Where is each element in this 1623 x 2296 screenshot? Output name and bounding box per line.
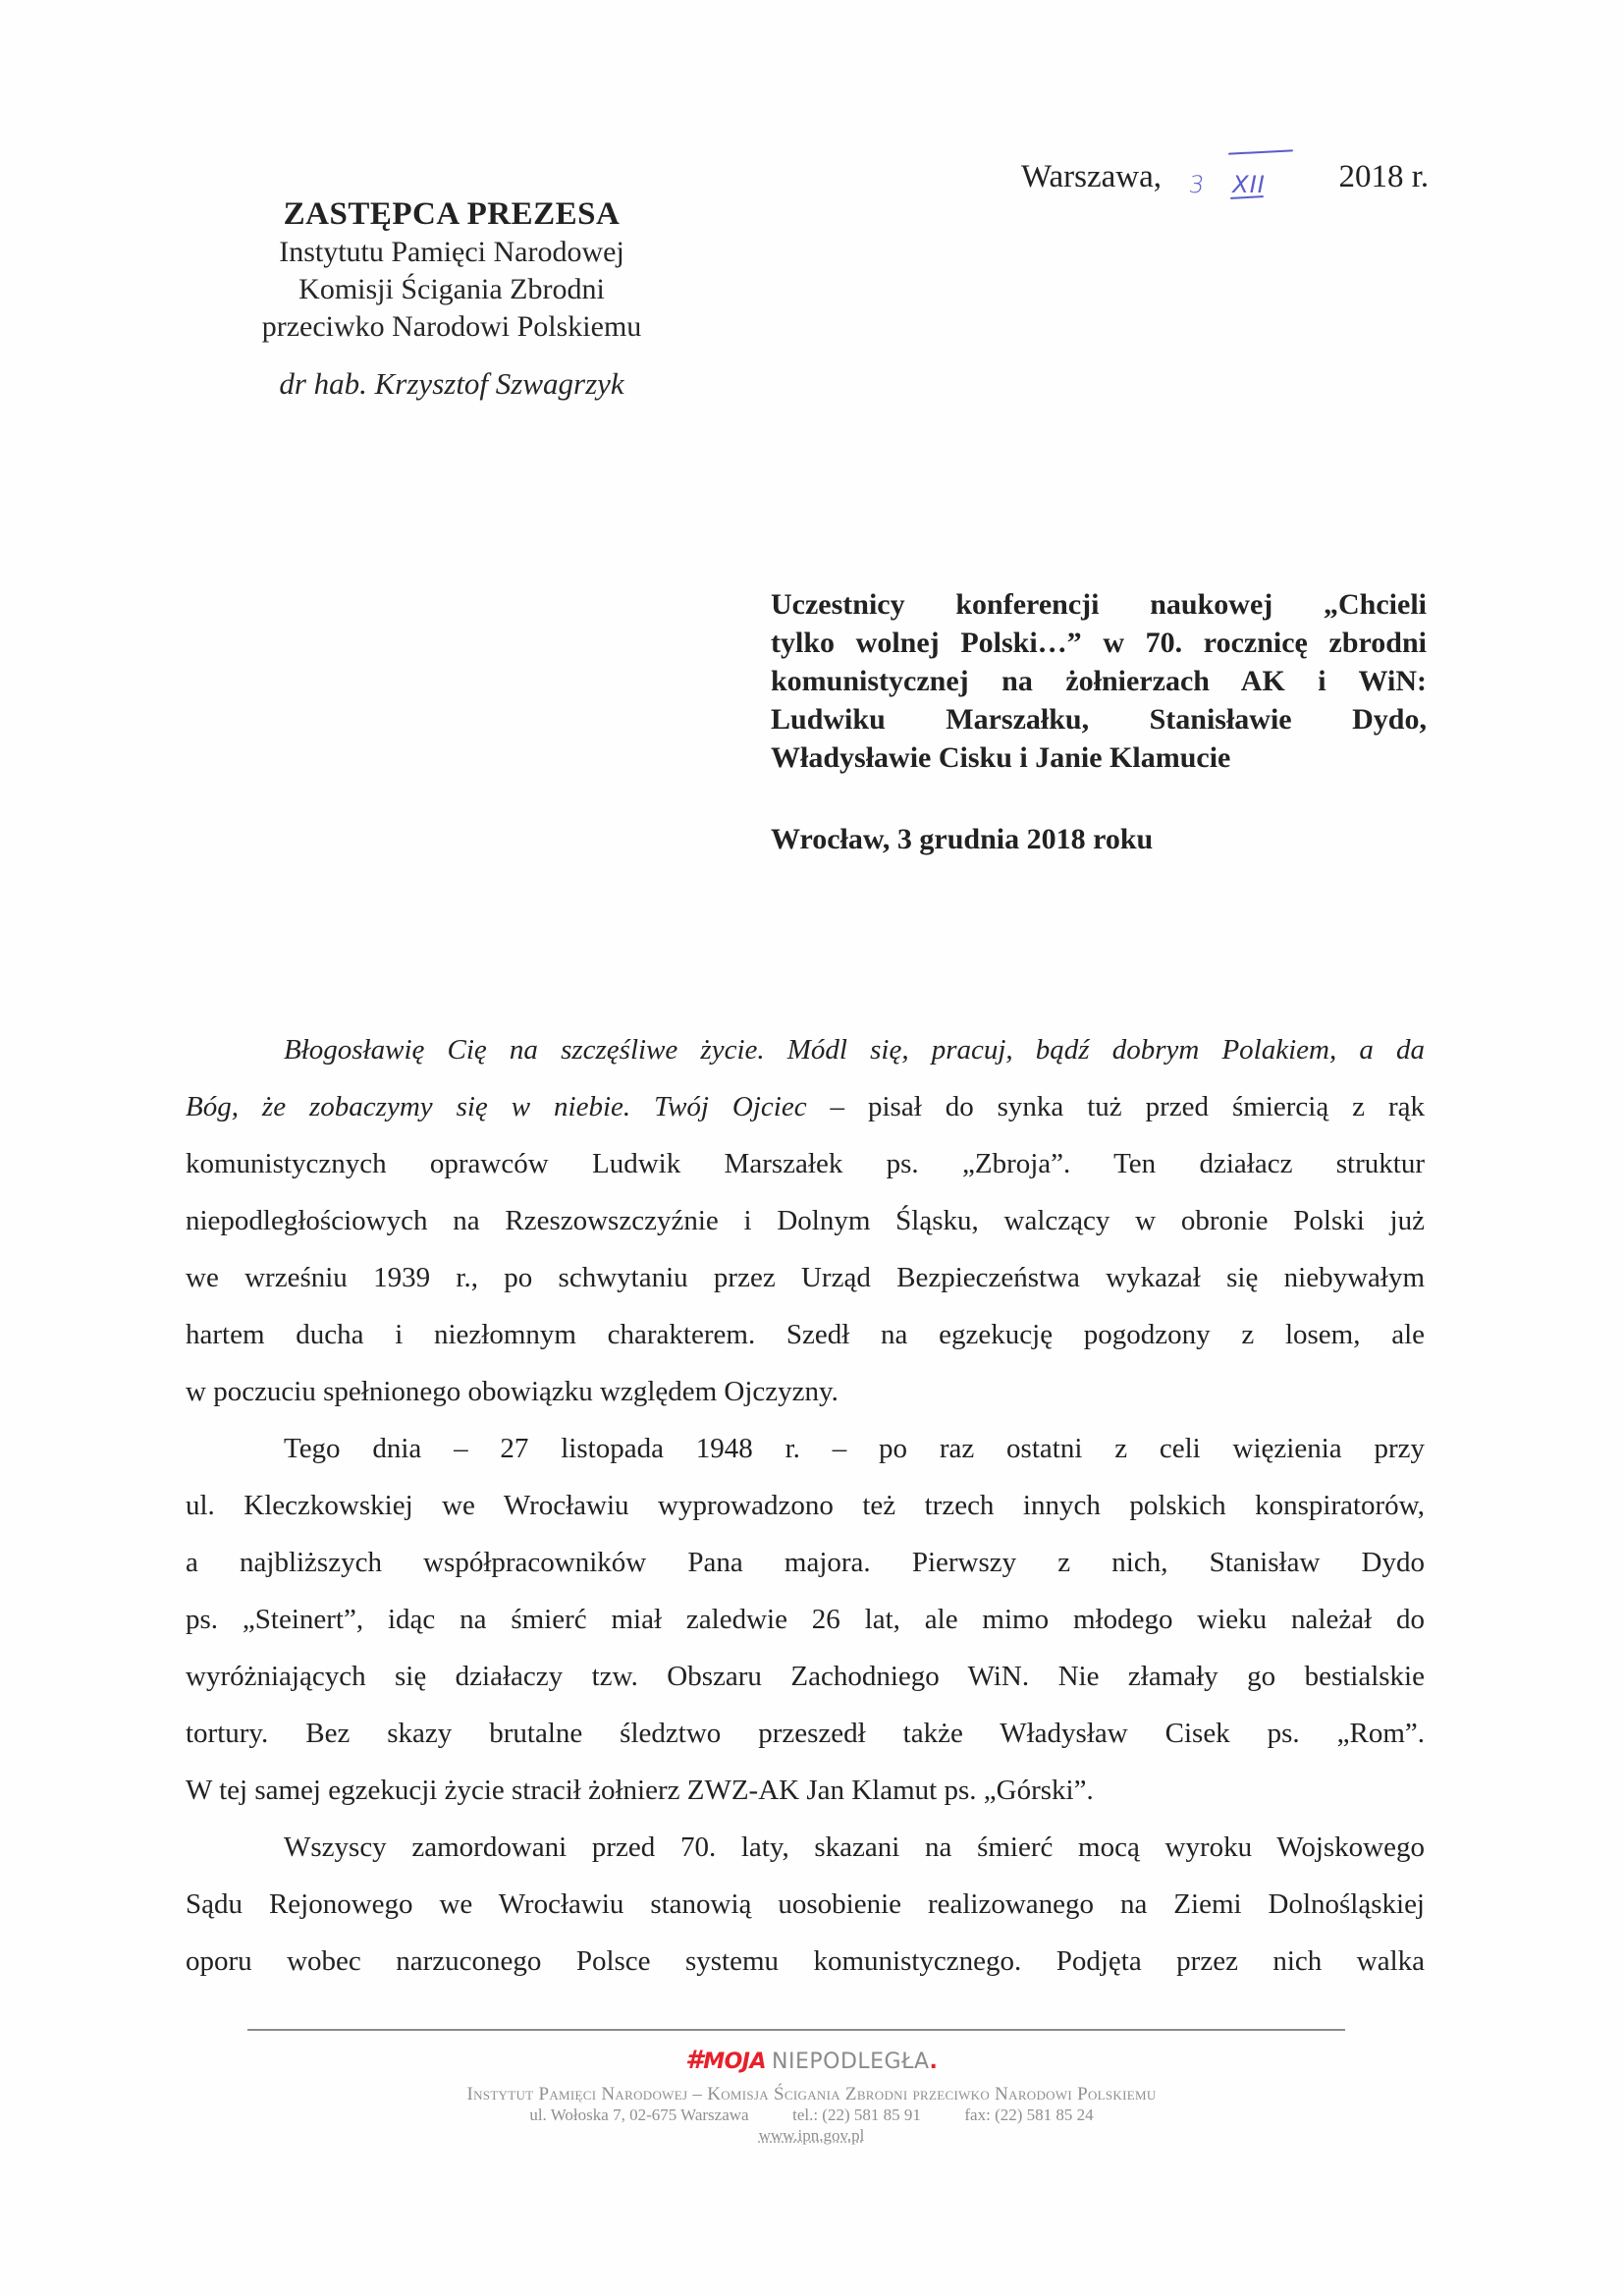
body-line: Tego dnia – 27 listopada 1948 r. – po ra… (186, 1420, 1425, 1477)
sender-line-2: Komisji Ścigania Zbrodni (196, 271, 707, 308)
recipient-line: Władysławie Cisku i Janie Klamucie (771, 738, 1427, 777)
hashtag-icon: # (685, 2046, 703, 2075)
dateline-year: 2018 r. (1339, 159, 1430, 194)
body-line: W tej samej egzekucji życie stracił żołn… (186, 1762, 1425, 1819)
sender-line-3: przeciwko Narodowi Polskiemu (196, 308, 707, 346)
body-text: a najbliższych współpracowników Pana maj… (186, 1547, 1425, 1578)
body-text: wyróżniających się działaczy tzw. Obszar… (186, 1661, 1425, 1692)
dateline-place: Warszawa, (1021, 157, 1162, 196)
recipient-line: Uczestnicy konferencji naukowej „Chcieli (771, 585, 1427, 624)
body-line: tortury. Bez skazy brutalne śledztwo prz… (186, 1705, 1425, 1762)
body-text: Wszyscy zamordowani przed 70. laty, skaz… (284, 1831, 1425, 1863)
body-line: Błogosławię Cię na szczęśliwe życie. Mód… (186, 1021, 1425, 1078)
body-line: komunistycznych oprawców Ludwik Marszałe… (186, 1135, 1425, 1192)
body-line: Bóg, że zobaczymy się w niebie. Twój Ojc… (186, 1078, 1425, 1135)
footer-fax: fax: (22) 581 85 24 (964, 2105, 1093, 2125)
letter-body: Błogosławię Cię na szczęśliwe życie. Mód… (186, 1021, 1425, 1990)
body-text: Tego dnia – 27 listopada 1948 r. – po ra… (284, 1433, 1425, 1464)
body-text: komunistycznych oprawców Ludwik Marszałe… (186, 1148, 1425, 1179)
recipient-line: komunistycznej na żołnierzach AK i WiN: (771, 662, 1427, 700)
body-line: a najbliższych współpracowników Pana maj… (186, 1534, 1425, 1591)
footer-info: Instytut Pamięci Narodowej – Komisja Ści… (0, 2084, 1623, 2146)
footer-divider (247, 2029, 1345, 2031)
body-text: hartem ducha i niezłomnym charakterem. S… (186, 1319, 1425, 1350)
body-line: wyróżniających się działaczy tzw. Obszar… (186, 1648, 1425, 1705)
sender-title: ZASTĘPCA PREZESA (196, 194, 707, 234)
footer-institution: Instytut Pamięci Narodowej – Komisja Ści… (0, 2084, 1623, 2105)
sender-block: ZASTĘPCA PREZESA Instytutu Pamięci Narod… (196, 194, 707, 403)
footer-address: ul. Wołoska 7, 02-675 Warszawa (529, 2105, 748, 2125)
body-line: hartem ducha i niezłomnym charakterem. S… (186, 1306, 1425, 1363)
sender-name: dr hab. Krzysztof Szwagrzyk (196, 365, 707, 403)
body-text: W tej samej egzekucji życie stracił żołn… (186, 1775, 1094, 1806)
body-line: ps. „Steinert”, idąc na śmierć miał zale… (186, 1591, 1425, 1648)
quoted-text: Bóg, że zobaczymy się w niebie. Twój Ojc… (186, 1091, 807, 1122)
body-text: oporu wobec narzuconego Polsce systemu k… (186, 1945, 1425, 1977)
footer-slogan-logo: #MOJA NIEPODLEGŁA. (0, 2047, 1623, 2076)
body-line: we wrześniu 1939 r., po schwytaniu przez… (186, 1249, 1425, 1306)
sender-line-1: Instytutu Pamięci Narodowej (196, 234, 707, 271)
body-line: oporu wobec narzuconego Polsce systemu k… (186, 1933, 1425, 1990)
handwritten-stroke-top (1228, 149, 1293, 154)
quoted-text: Błogosławię Cię na szczęśliwe życie. Mód… (284, 1034, 1425, 1066)
handwritten-day: 3 (1186, 165, 1207, 204)
footer-contact: ul. Wołoska 7, 02-675 Warszawa tel.: (22… (0, 2105, 1623, 2125)
handwritten-date: 3 XII (1189, 157, 1317, 196)
body-line: Sądu Rejonowego we Wrocławiu stanowią uo… (186, 1876, 1425, 1933)
body-line: niepodległościowych na Rzeszowszczyźnie … (186, 1192, 1425, 1249)
body-text: w poczuciu spełnionego obowiązku względe… (186, 1376, 839, 1407)
slogan-dot: . (930, 2050, 938, 2074)
body-line: w poczuciu spełnionego obowiązku względe… (186, 1363, 1425, 1420)
recipient-line: tylko wolnej Polski…” w 70. rocznicę zbr… (771, 624, 1427, 662)
body-line: Wszyscy zamordowani przed 70. laty, skaz… (186, 1819, 1425, 1876)
body-text: tortury. Bez skazy brutalne śledztwo prz… (186, 1718, 1425, 1749)
body-line: ul. Kleczkowskiej we Wrocławiu wyprowadz… (186, 1477, 1425, 1534)
body-text: niepodległościowych na Rzeszowszczyźnie … (186, 1205, 1425, 1236)
recipient-line: Ludwiku Marszałku, Stanisławie Dydo, (771, 700, 1427, 738)
letter-page: ZASTĘPCA PREZESA Instytutu Pamięci Narod… (0, 0, 1623, 2296)
dateline: Warszawa, 3 XII 2018 r. (1021, 157, 1429, 196)
slogan-moja: MOJA (703, 2050, 766, 2074)
body-text: ul. Kleczkowskiej we Wrocławiu wyprowadz… (186, 1490, 1425, 1521)
slogan-niepodlegla: NIEPODLEGŁA (772, 2050, 930, 2074)
body-text: ps. „Steinert”, idąc na śmierć miał zale… (186, 1604, 1425, 1635)
body-text: we wrześniu 1939 r., po schwytaniu przez… (186, 1262, 1425, 1293)
recipient-place-date: Wrocław, 3 grudnia 2018 roku (771, 820, 1427, 858)
footer-website-row: www.ipn.gov.pl (0, 2125, 1623, 2146)
body-text: – pisał do synka tuż przed śmiercią z rą… (807, 1091, 1425, 1122)
body-text: Sądu Rejonowego we Wrocławiu stanowią uo… (186, 1888, 1425, 1920)
footer-website-link[interactable]: www.ipn.gov.pl (759, 2126, 865, 2145)
recipient-block: Uczestnicy konferencji naukowej „Chcieli… (771, 585, 1427, 858)
footer-phone: tel.: (22) 581 85 91 (792, 2105, 921, 2125)
